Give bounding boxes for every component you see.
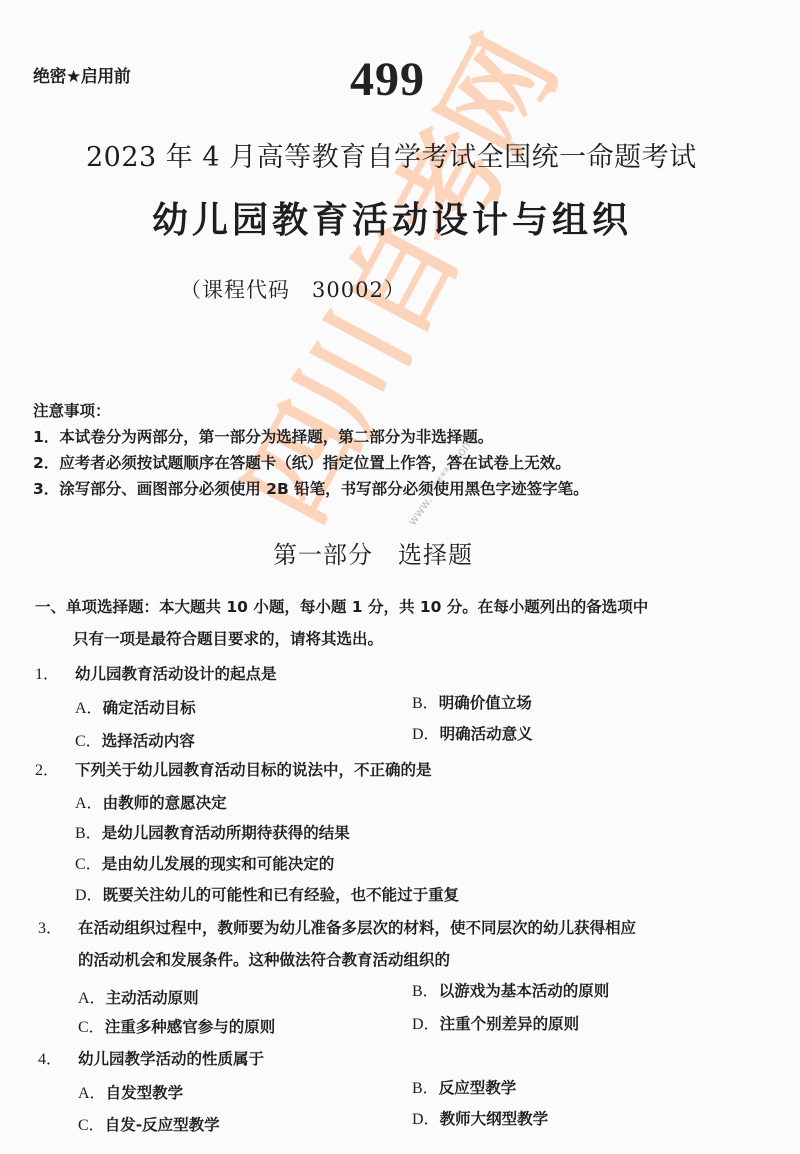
paper-number: 499 bbox=[350, 52, 425, 107]
question-1-option-a: A．确定活动目标 bbox=[75, 695, 196, 718]
exam-title: 2023 年 4 月高等教育自学考试全国统一命题考试 bbox=[86, 135, 697, 174]
note-item: 2．应考者必须按试题顺序在答题卡（纸）指定位置上作答，答在试卷上无效。 bbox=[33, 450, 589, 476]
part-title: 第一部分 选择题 bbox=[273, 535, 473, 570]
question-1-stem: 1．幼儿园教育活动设计的起点是 bbox=[35, 661, 277, 684]
question-text: 下列关于幼儿园教育活动目标的说法中，不正确的是 bbox=[75, 761, 432, 779]
question-number: 4． bbox=[38, 1046, 78, 1069]
question-1-option-d: D．明确活动意义 bbox=[412, 721, 533, 744]
question-1-option-c: C．选择活动内容 bbox=[75, 728, 195, 751]
question-4-option-d: D．教师大纲型教学 bbox=[412, 1106, 548, 1129]
question-2-option-d: D．既要关注幼儿的可能性和已有经验，也不能过于重复 bbox=[75, 882, 459, 905]
question-4-stem: 4．幼儿园教学活动的性质属于 bbox=[38, 1046, 264, 1069]
section-line: 只有一项是最符合题目要求的，请将其选出。 bbox=[35, 623, 648, 655]
question-number: 2． bbox=[35, 757, 75, 780]
question-4-option-b: B．反应型教学 bbox=[412, 1075, 516, 1098]
question-number: 3． bbox=[38, 915, 78, 938]
question-text: 在活动组织过程中，教师要为幼儿准备多层次的材料，使不同层次的幼儿获得相应 bbox=[78, 919, 636, 937]
secret-label: 绝密★启用前 bbox=[33, 62, 130, 87]
notes-block: 注意事项： 1．本试卷分为两部分，第一部分为选择题，第二部分为非选择题。 2．应… bbox=[33, 398, 589, 502]
question-2-stem: 2．下列关于幼儿园教育活动目标的说法中，不正确的是 bbox=[35, 757, 432, 780]
question-2-option-a: A．由教师的意愿决定 bbox=[75, 790, 227, 813]
question-3-option-d: D．注重个别差异的原则 bbox=[412, 1011, 579, 1034]
question-3-stem: 3．在活动组织过程中，教师要为幼儿准备多层次的材料，使不同层次的幼儿获得相应 bbox=[38, 915, 636, 938]
question-number: 1． bbox=[35, 661, 75, 684]
section-instructions: 一、单项选择题：本大题共 10 小题，每小题 1 分，共 10 分。在每小题列出… bbox=[35, 591, 648, 655]
question-3-stem-cont: 的活动机会和发展条件。这种做法符合教育活动组织的 bbox=[78, 948, 450, 970]
question-3-option-b: B．以游戏为基本活动的原则 bbox=[412, 978, 609, 1001]
question-1-option-b: B．明确价值立场 bbox=[412, 690, 532, 713]
course-code: （课程代码 30002） bbox=[180, 274, 406, 304]
section-line: 一、单项选择题：本大题共 10 小题，每小题 1 分，共 10 分。在每小题列出… bbox=[35, 591, 648, 623]
question-4-option-c: C．自发-反应型教学 bbox=[78, 1112, 220, 1135]
question-4-option-a: A．自发型教学 bbox=[78, 1080, 183, 1103]
note-item: 3．涂写部分、画图部分必须使用 2B 铅笔，书写部分必须使用黑色字迹签字笔。 bbox=[33, 476, 589, 502]
question-3-option-a: A．主动活动原则 bbox=[78, 985, 199, 1008]
question-2-option-b: B．是幼儿园教育活动所期待获得的结果 bbox=[75, 820, 350, 843]
question-3-option-c: C．注重多种感官参与的原则 bbox=[78, 1014, 275, 1037]
note-item: 1．本试卷分为两部分，第一部分为选择题，第二部分为非选择题。 bbox=[33, 424, 589, 450]
question-text: 幼儿园教学活动的性质属于 bbox=[78, 1050, 264, 1068]
notes-title: 注意事项： bbox=[33, 398, 589, 424]
question-2-option-c: C．是由幼儿发展的现实和可能决定的 bbox=[75, 851, 334, 874]
question-text: 幼儿园教育活动设计的起点是 bbox=[75, 665, 277, 683]
subject-title: 幼儿园教育活动设计与组织 bbox=[152, 192, 632, 243]
